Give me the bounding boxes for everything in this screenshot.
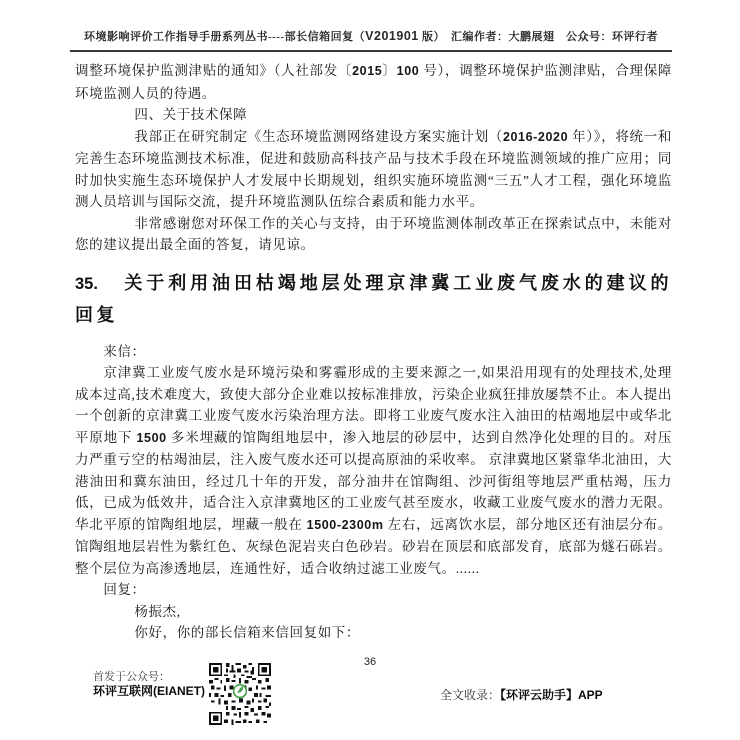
footer-app-note: 全文收录：【环评云助手】APP — [440, 686, 603, 703]
qr-code-icon — [209, 663, 271, 725]
page-number: 36 — [0, 656, 740, 668]
paragraph: 调整环境保护监测津贴的通知》（人社部发〔2015〕100 号），调整环境保护监测… — [75, 60, 672, 104]
letter-body: 京津冀工业废气废水是环境污染和雾霾形成的主要来源之一,如果沿用现有的处理技术,处… — [75, 362, 672, 579]
document-page: 环境影响评价工作指导手册系列丛书----部长信箱回复（V201901 版） 汇编… — [0, 0, 740, 740]
footer-app-prefix: 全文收录： — [440, 688, 500, 702]
reply-intro: 你好，你的部长信箱来信回复如下： — [75, 622, 672, 644]
letter-label: 来信： — [75, 341, 672, 363]
paragraph: 我部正在研究制定《生态环境监测网络建设方案实施计划（2016-2020 年）》，… — [75, 126, 672, 213]
sub-heading: 四、关于技术保障 — [75, 104, 672, 126]
footer-app-name: 【环评云助手】APP — [500, 688, 603, 702]
reply-salutation: 杨振杰, — [75, 601, 672, 623]
footer-publisher: 首发于公众号： 环评互联网(EIANET) — [93, 670, 205, 699]
paragraph: 非常感谢您对环保工作的关心与支持，由于环境监测体制改革正在探索试点中，未能对您的… — [75, 213, 672, 256]
footer-publisher-line2: 环评互联网(EIANET) — [93, 684, 205, 699]
document-body: 调整环境保护监测津贴的通知》（人社部发〔2015〕100 号），调整环境保护监测… — [75, 60, 672, 644]
reply-label: 回复： — [75, 579, 672, 601]
footer-publisher-line1: 首发于公众号： — [93, 670, 205, 684]
section-heading: 35.关于利用油田枯竭地层处理京津冀工业废气废水的建议的回复 — [75, 268, 672, 331]
section-number: 35. — [75, 275, 98, 293]
section-title: 关于利用油田枯竭地层处理京津冀工业废气废水的建议的回复 — [75, 273, 672, 325]
page-header: 环境影响评价工作指导手册系列丛书----部长信箱回复（V201901 版） 汇编… — [70, 28, 672, 52]
